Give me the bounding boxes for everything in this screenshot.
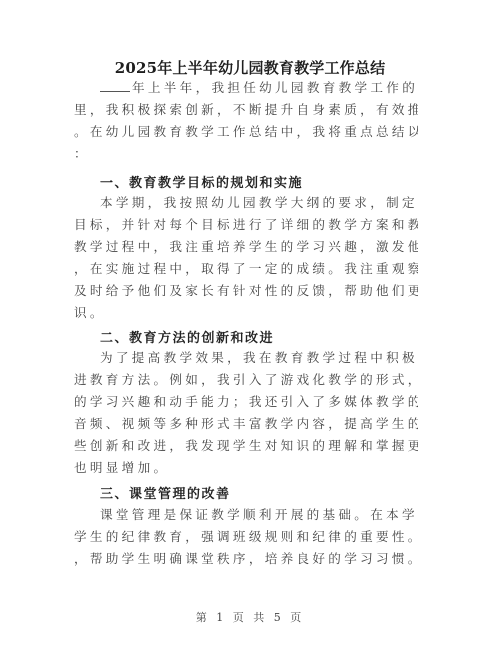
section-1-line-3: 教学过程中，我注重培养学生的学习兴趣，激发他们的自主学习能力 xyxy=(74,239,418,255)
section-2-line-3: 的学习兴趣和动手能力；我还引入了多媒体教学的手段，利用图片、 xyxy=(74,394,418,410)
section-heading-1: 一、教育教学目标的规划和实施 xyxy=(100,172,303,191)
section-1-line-2: 目标，并针对每个目标进行了详细的教学方案和教学计划的制定。在 xyxy=(74,217,418,233)
fill-in-blank xyxy=(100,80,130,92)
section-3-line-1: 课堂管理是保证教学顺利开展的基础。在本学期，我注重加强对 xyxy=(100,507,418,523)
intro-line-4: ： xyxy=(74,146,418,162)
section-2-line-1: 为了提高教学效果，我在教育教学过程中积极探索创新，不断改 xyxy=(100,350,418,366)
section-heading-3: 三、课堂管理的改善 xyxy=(100,483,231,502)
section-2-line-2: 进教育方法。例如，我引入了游戏化教学的形式，通过游戏提高学生 xyxy=(74,372,418,388)
intro-text: 年上半年，我担任幼儿园教育教学工作的责任，在这段时间 xyxy=(132,80,418,95)
intro-line-3: 。在幼儿园教育教学工作总结中，我将重点总结以下几个方面的工作 xyxy=(74,124,418,140)
document-page: 2025年上半年幼儿园教育教学工作总结 年上半年，我担任幼儿园教育教学工作的责任… xyxy=(0,0,500,647)
document-title: 2025年上半年幼儿园教育教学工作总结 xyxy=(0,57,500,78)
section-1-line-1: 本学期，我按照幼儿园教学大纲的要求，制定了具体的教育教学 xyxy=(100,195,418,211)
section-3-line-3: ，帮助学生明确课堂秩序，培养良好的学习习惯。我还注重提高自己 xyxy=(74,551,418,567)
section-2-line-6: 也明显增加。 xyxy=(74,460,418,476)
section-3-line-2: 学生的纪律教育，强调班级规则和纪律的重要性。我通过讲解和示范 xyxy=(74,529,418,545)
section-2-line-4: 音频、视频等多种形式丰富教学内容，提高学生的学习效果。通过这 xyxy=(74,416,418,432)
section-2-line-5: 些创新和改进，我发现学生对知识的理解和掌握更加深入，学习兴趣 xyxy=(74,438,418,454)
section-1-line-5: 及时给予他们及家长有针对性的反馈，帮助他们更好地理解和掌握知 xyxy=(74,283,418,299)
section-1-line-6: 识。 xyxy=(74,305,418,321)
page-number-footer: 第 1 页 共 5 页 xyxy=(0,609,500,625)
intro-line-2: 里，我积极探索创新，不断提升自身素质，有效推进了教育教学工作 xyxy=(74,102,418,118)
section-heading-2: 二、教育方法的创新和改进 xyxy=(100,327,274,346)
section-1-line-4: ，在实施过程中，取得了一定的成绩。我注重观察学生的学习情况， xyxy=(74,261,418,277)
intro-line-1: 年上半年，我担任幼儿园教育教学工作的责任，在这段时间 xyxy=(100,80,418,96)
